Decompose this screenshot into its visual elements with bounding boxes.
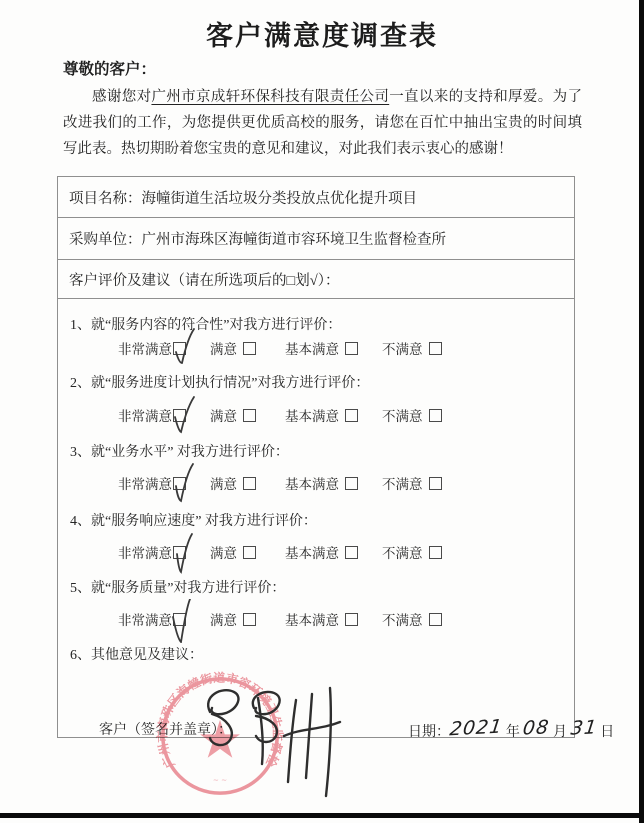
date-label: 日期： [408, 725, 450, 740]
option-basically-satisfied: 基本满意 [285, 338, 358, 358]
scan-edge-artifact-bottom [0, 813, 644, 818]
checkbox-satisfied[interactable] [243, 546, 256, 559]
checkbox-unsatisfied[interactable] [429, 613, 442, 626]
checkbox-satisfied[interactable] [243, 477, 256, 490]
company-name: 广州市京成轩环保科技有限责任公司 [151, 89, 389, 105]
option-very-satisfied: 非常满意 [118, 405, 186, 425]
question-1-label: 1、就“服务内容的符合性”对我方进行评价： [70, 314, 341, 334]
checkbox-satisfied[interactable] [243, 409, 256, 422]
handwritten-check-icon [170, 395, 200, 439]
option-satisfied: 满意 [210, 542, 256, 562]
checkbox-basically-satisfied[interactable] [345, 342, 358, 355]
survey-form-table: 项目名称： 海幢街道生活垃圾分类投放点优化提升项目 采购单位： 广州市海珠区海幢… [57, 176, 575, 738]
question-2-options: 非常满意 满意 基本满意 不满意 [118, 405, 442, 425]
handwritten-check-icon [170, 532, 200, 576]
scanned-survey-document: 客户满意度调查表 尊敬的客户： 感谢您对广州市京成轩环保科技有限责任公司一直以来… [0, 0, 644, 823]
scan-edge-artifact-right [639, 0, 644, 823]
question-1-options: 非常满意 满意 基本满意 不满意 [118, 338, 442, 358]
option-very-satisfied: 非常满意 [118, 473, 186, 493]
month-unit: 月 [553, 725, 567, 740]
checkbox-unsatisfied[interactable] [429, 409, 442, 422]
option-very-satisfied: 非常满意 [118, 338, 186, 358]
option-basically-satisfied: 基本满意 [285, 405, 358, 425]
option-unsatisfied: 不满意 [382, 338, 442, 358]
date-group: 日期：2021 年 08 月 31 日 [408, 719, 614, 741]
salutation: 尊敬的客户： [63, 57, 156, 79]
handwritten-check-icon [170, 599, 200, 643]
checkbox-very-satisfied[interactable] [173, 477, 186, 490]
question-3-label: 3、就“业务水平” 对我方进行评价： [70, 441, 289, 461]
option-satisfied: 满意 [210, 405, 256, 425]
purchaser-label: 采购单位： [69, 228, 142, 249]
checkbox-very-satisfied[interactable] [173, 342, 186, 355]
option-satisfied: 满意 [210, 473, 256, 493]
handwritten-check-icon [170, 328, 200, 372]
option-satisfied: 满意 [210, 338, 256, 358]
option-very-satisfied: 非常满意 [118, 542, 186, 562]
checkbox-very-satisfied[interactable] [173, 613, 186, 626]
checkbox-basically-satisfied[interactable] [345, 409, 358, 422]
checkbox-unsatisfied[interactable] [429, 342, 442, 355]
checkbox-very-satisfied[interactable] [173, 409, 186, 422]
checkbox-basically-satisfied[interactable] [345, 613, 358, 626]
evaluation-body: 1、就“服务内容的符合性”对我方进行评价： 非常满意 满意 基本满意 [58, 299, 574, 737]
project-name-label: 项目名称： [69, 187, 142, 208]
year-unit: 年 [506, 725, 520, 740]
evaluation-section-header: 客户评价及建议（请在所选项后的□划√）： [58, 260, 574, 299]
handwritten-day: 31 [569, 716, 598, 739]
purchaser-row: 采购单位： 广州市海珠区海幢街道市容环境卫生监督检查所 [58, 218, 574, 260]
checkbox-satisfied[interactable] [243, 342, 256, 355]
intro-prefix: 感谢您对 [92, 89, 151, 105]
handwritten-check-icon [170, 463, 200, 507]
project-name-value: 海幢街道生活垃圾分类投放点优化提升项目 [142, 187, 418, 208]
purchaser-value: 广州市海珠区海幢街道市容环境卫生监督检查所 [142, 228, 447, 249]
page-title: 客户满意度调查表 [0, 14, 644, 53]
handwritten-month: 08 [522, 716, 551, 739]
question-5-label: 5、就“服务质量”对我方进行评价： [70, 577, 285, 597]
option-basically-satisfied: 基本满意 [285, 609, 358, 629]
option-unsatisfied: 不满意 [382, 542, 442, 562]
checkbox-basically-satisfied[interactable] [345, 546, 358, 559]
option-unsatisfied: 不满意 [382, 473, 442, 493]
checkbox-very-satisfied[interactable] [173, 546, 186, 559]
question-3-options: 非常满意 满意 基本满意 不满意 [118, 473, 442, 493]
question-5-options: 非常满意 满意 基本满意 不满意 [118, 609, 442, 629]
intro-paragraph: 感谢您对广州市京成轩环保科技有限责任公司一直以来的支持和厚爱。为了改进我们的工作… [63, 84, 582, 162]
question-4-options: 非常满意 满意 基本满意 不满意 [118, 542, 442, 562]
checkbox-unsatisfied[interactable] [429, 546, 442, 559]
handwritten-year: 2021 [448, 716, 503, 741]
option-unsatisfied: 不满意 [382, 609, 442, 629]
day-unit: 日 [600, 725, 614, 740]
option-basically-satisfied: 基本满意 [285, 473, 358, 493]
option-basically-satisfied: 基本满意 [285, 542, 358, 562]
question-2-label: 2、就“服务进度计划执行情况”对我方进行评价： [70, 372, 369, 392]
project-name-row: 项目名称： 海幢街道生活垃圾分类投放点优化提升项目 [58, 177, 574, 218]
option-unsatisfied: 不满意 [382, 405, 442, 425]
checkbox-unsatisfied[interactable] [429, 477, 442, 490]
checkbox-basically-satisfied[interactable] [345, 477, 358, 490]
option-satisfied: 满意 [210, 609, 256, 629]
option-very-satisfied: 非常满意 [118, 609, 186, 629]
customer-signature [192, 678, 357, 808]
checkbox-satisfied[interactable] [243, 613, 256, 626]
question-4-label: 4、就“服务响应速度” 对我方进行评价： [70, 510, 317, 530]
